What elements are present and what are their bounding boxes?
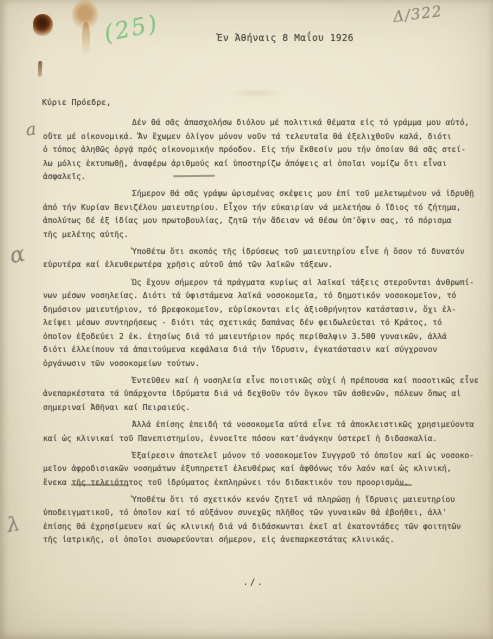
typed-line: λείψει μέσων συντηρήσεως - διότι τάς σχε… bbox=[43, 316, 467, 330]
typed-line: Ἐξαίρεσιν ἀποτελεῖ μόνον τό νοσοκομεῖον … bbox=[43, 449, 467, 463]
typed-line: τῆς μελέτης αὐτῆς. bbox=[43, 228, 467, 242]
letter-body: Δέν θά σᾶς ἀπασχολήσω διόλου μέ πολιτικά… bbox=[43, 116, 467, 550]
typed-line: ἀπολύτως δέ ἐξ ἰδίας μου πρωτοβουλίας, ζ… bbox=[43, 214, 467, 228]
archive-number-annotation: Δ/322 bbox=[392, 2, 443, 26]
typed-line: ἀνεπαρκέστατα τά ὑπάρχοντα ἱδρύματα διά … bbox=[43, 387, 467, 401]
typed-line: ὁ τόπος ἀληθῶς ὀργᾷ πρός οἰκονομικήν πρό… bbox=[43, 143, 467, 157]
margin-mark: a bbox=[25, 120, 37, 141]
typed-line: σημεριναί Ἀθῆναι καί Πειραιεύς. bbox=[43, 401, 467, 415]
continuation-mark: ./. bbox=[243, 578, 264, 588]
typed-line: ἀπό τήν Κυρίαν Βενιζέλου μαιευτηρίου. Εἶ… bbox=[43, 201, 467, 215]
typed-line: Ἐντεῦθεν καί ἡ νοσηλεία εἶνε ποιοτικῶς ο… bbox=[43, 374, 467, 388]
typed-line: καί ὡς κλινικαί τοῦ Πανεπιστημίου, ἐννοε… bbox=[43, 432, 467, 446]
paragraph: Ἀλλά ἐπίσης ἐπειδή τά νοσοκομεῖα αὐτά εἶ… bbox=[43, 418, 467, 445]
typed-line: ἀσφαλεῖς. bbox=[43, 170, 467, 184]
typed-line: λω μόλις ἐκτυπωθῇ, ἀναφέρω ἀριθμούς καί … bbox=[43, 157, 467, 171]
typed-line: νων μέσων νοσηλείας. Διότι τά ὑφιστάμενα… bbox=[43, 289, 467, 303]
paragraph: Ὑποθέτω ὅτι τό σχετικόν κενόν ζητεῖ νά π… bbox=[43, 493, 467, 547]
typed-line: οὔτε μέ οἰκονομικά. Ἄν ἔχωμεν ὀλίγον μόν… bbox=[43, 130, 467, 144]
typed-line: Σήμερον θά σᾶς γράψω ὡρισμένας σκέψεις μ… bbox=[43, 187, 467, 201]
paper-smudge bbox=[225, 88, 285, 98]
typed-line: εὐρυτέρα καί ἐλευθερωτέρα χρῆσις αὐτοῦ ἀ… bbox=[43, 258, 467, 272]
ink-stain-dash bbox=[38, 61, 42, 77]
typed-line: Ὑποθέτω ὅτι τό σχετικόν κενόν ζητεῖ νά π… bbox=[43, 493, 467, 507]
typed-line: δημόσιον μαιευτήριον, τό βρεφοκομεῖον, ε… bbox=[43, 303, 467, 317]
typed-line: διότι ἐλλείπουν τά ἀπαιτούμενα κεφάλαια … bbox=[43, 343, 467, 357]
paragraph: Ὑποθέτω ὅτι σκοπός τῆς ἱδρύσεως τοῦ μαιε… bbox=[43, 245, 467, 272]
paragraph: Σήμερον θά σᾶς γράψω ὡρισμένας σκέψεις μ… bbox=[43, 187, 467, 241]
typed-line: Ἀλλά ἐπίσης ἐπειδή τά νοσοκομεῖα αὐτά εἶ… bbox=[43, 418, 467, 432]
typed-line: Δέν θά σᾶς ἀπασχολήσω διόλου μέ πολιτικά… bbox=[43, 116, 467, 130]
page-number-annotation: (25) bbox=[102, 11, 161, 48]
typed-line: ὀργάνωσιν τῶν νοσοκομείων τούτων. bbox=[43, 357, 467, 371]
margin-mark: α bbox=[8, 242, 28, 270]
typed-line: ὁποῖον ἐξοδεύει 2 ἑκ. ἐτησίως διά τό μαι… bbox=[43, 330, 467, 344]
paragraph: Ἐξαίρεσιν ἀποτελεῖ μόνον τό νοσοκομεῖον … bbox=[43, 449, 467, 490]
salutation: Κύριε Πρόεδρε, bbox=[42, 97, 111, 107]
typed-line: μεῖον ἀφροδισιακῶν νοσημάτων ἐξυπηρετεῖ … bbox=[43, 462, 467, 476]
paragraph: Ὡς ἔχουν σήμερον τά πράγματα κυρίως αἱ λ… bbox=[43, 276, 467, 371]
ink-stain-drip-head bbox=[72, 0, 98, 30]
paragraph: Δέν θά σᾶς ἀπασχολήσω διόλου μέ πολιτικά… bbox=[43, 116, 467, 184]
margin-mark: λ bbox=[5, 511, 22, 537]
ink-stain-blot bbox=[33, 14, 53, 36]
letter-page: Δ/322 (25) a α λ Ἐν Ἀθήναις 8 Μαΐου 1926… bbox=[0, 0, 493, 639]
typed-line: τῆς ἰατρικῆς, οἱ ὁποῖοι συσωρεύονται σήμ… bbox=[43, 533, 467, 547]
dateline: Ἐν Ἀθήναις 8 Μαΐου 1926 bbox=[217, 33, 354, 44]
typed-line: ἐπίσης θά ἐχρησίμευεν καί ὡς κλινική διά… bbox=[43, 520, 467, 534]
paragraph: Ἐντεῦθεν καί ἡ νοσηλεία εἶνε ποιοτικῶς ο… bbox=[43, 374, 467, 415]
ink-stain-drip-tail bbox=[82, 22, 90, 56]
typed-line: ἕνεκα τῆς τελειότητος τοῦ ἱδρύματος ἐκπλ… bbox=[43, 476, 467, 490]
typed-line: Ὡς ἔχουν σήμερον τά πράγματα κυρίως αἱ λ… bbox=[43, 276, 467, 290]
typed-line: ὑποδειγματικοῦ, τό ὁποῖον καί τό αὐξάνον… bbox=[43, 506, 467, 520]
typed-line: Ὑποθέτω ὅτι σκοπός τῆς ἱδρύσεως τοῦ μαιε… bbox=[43, 245, 467, 259]
